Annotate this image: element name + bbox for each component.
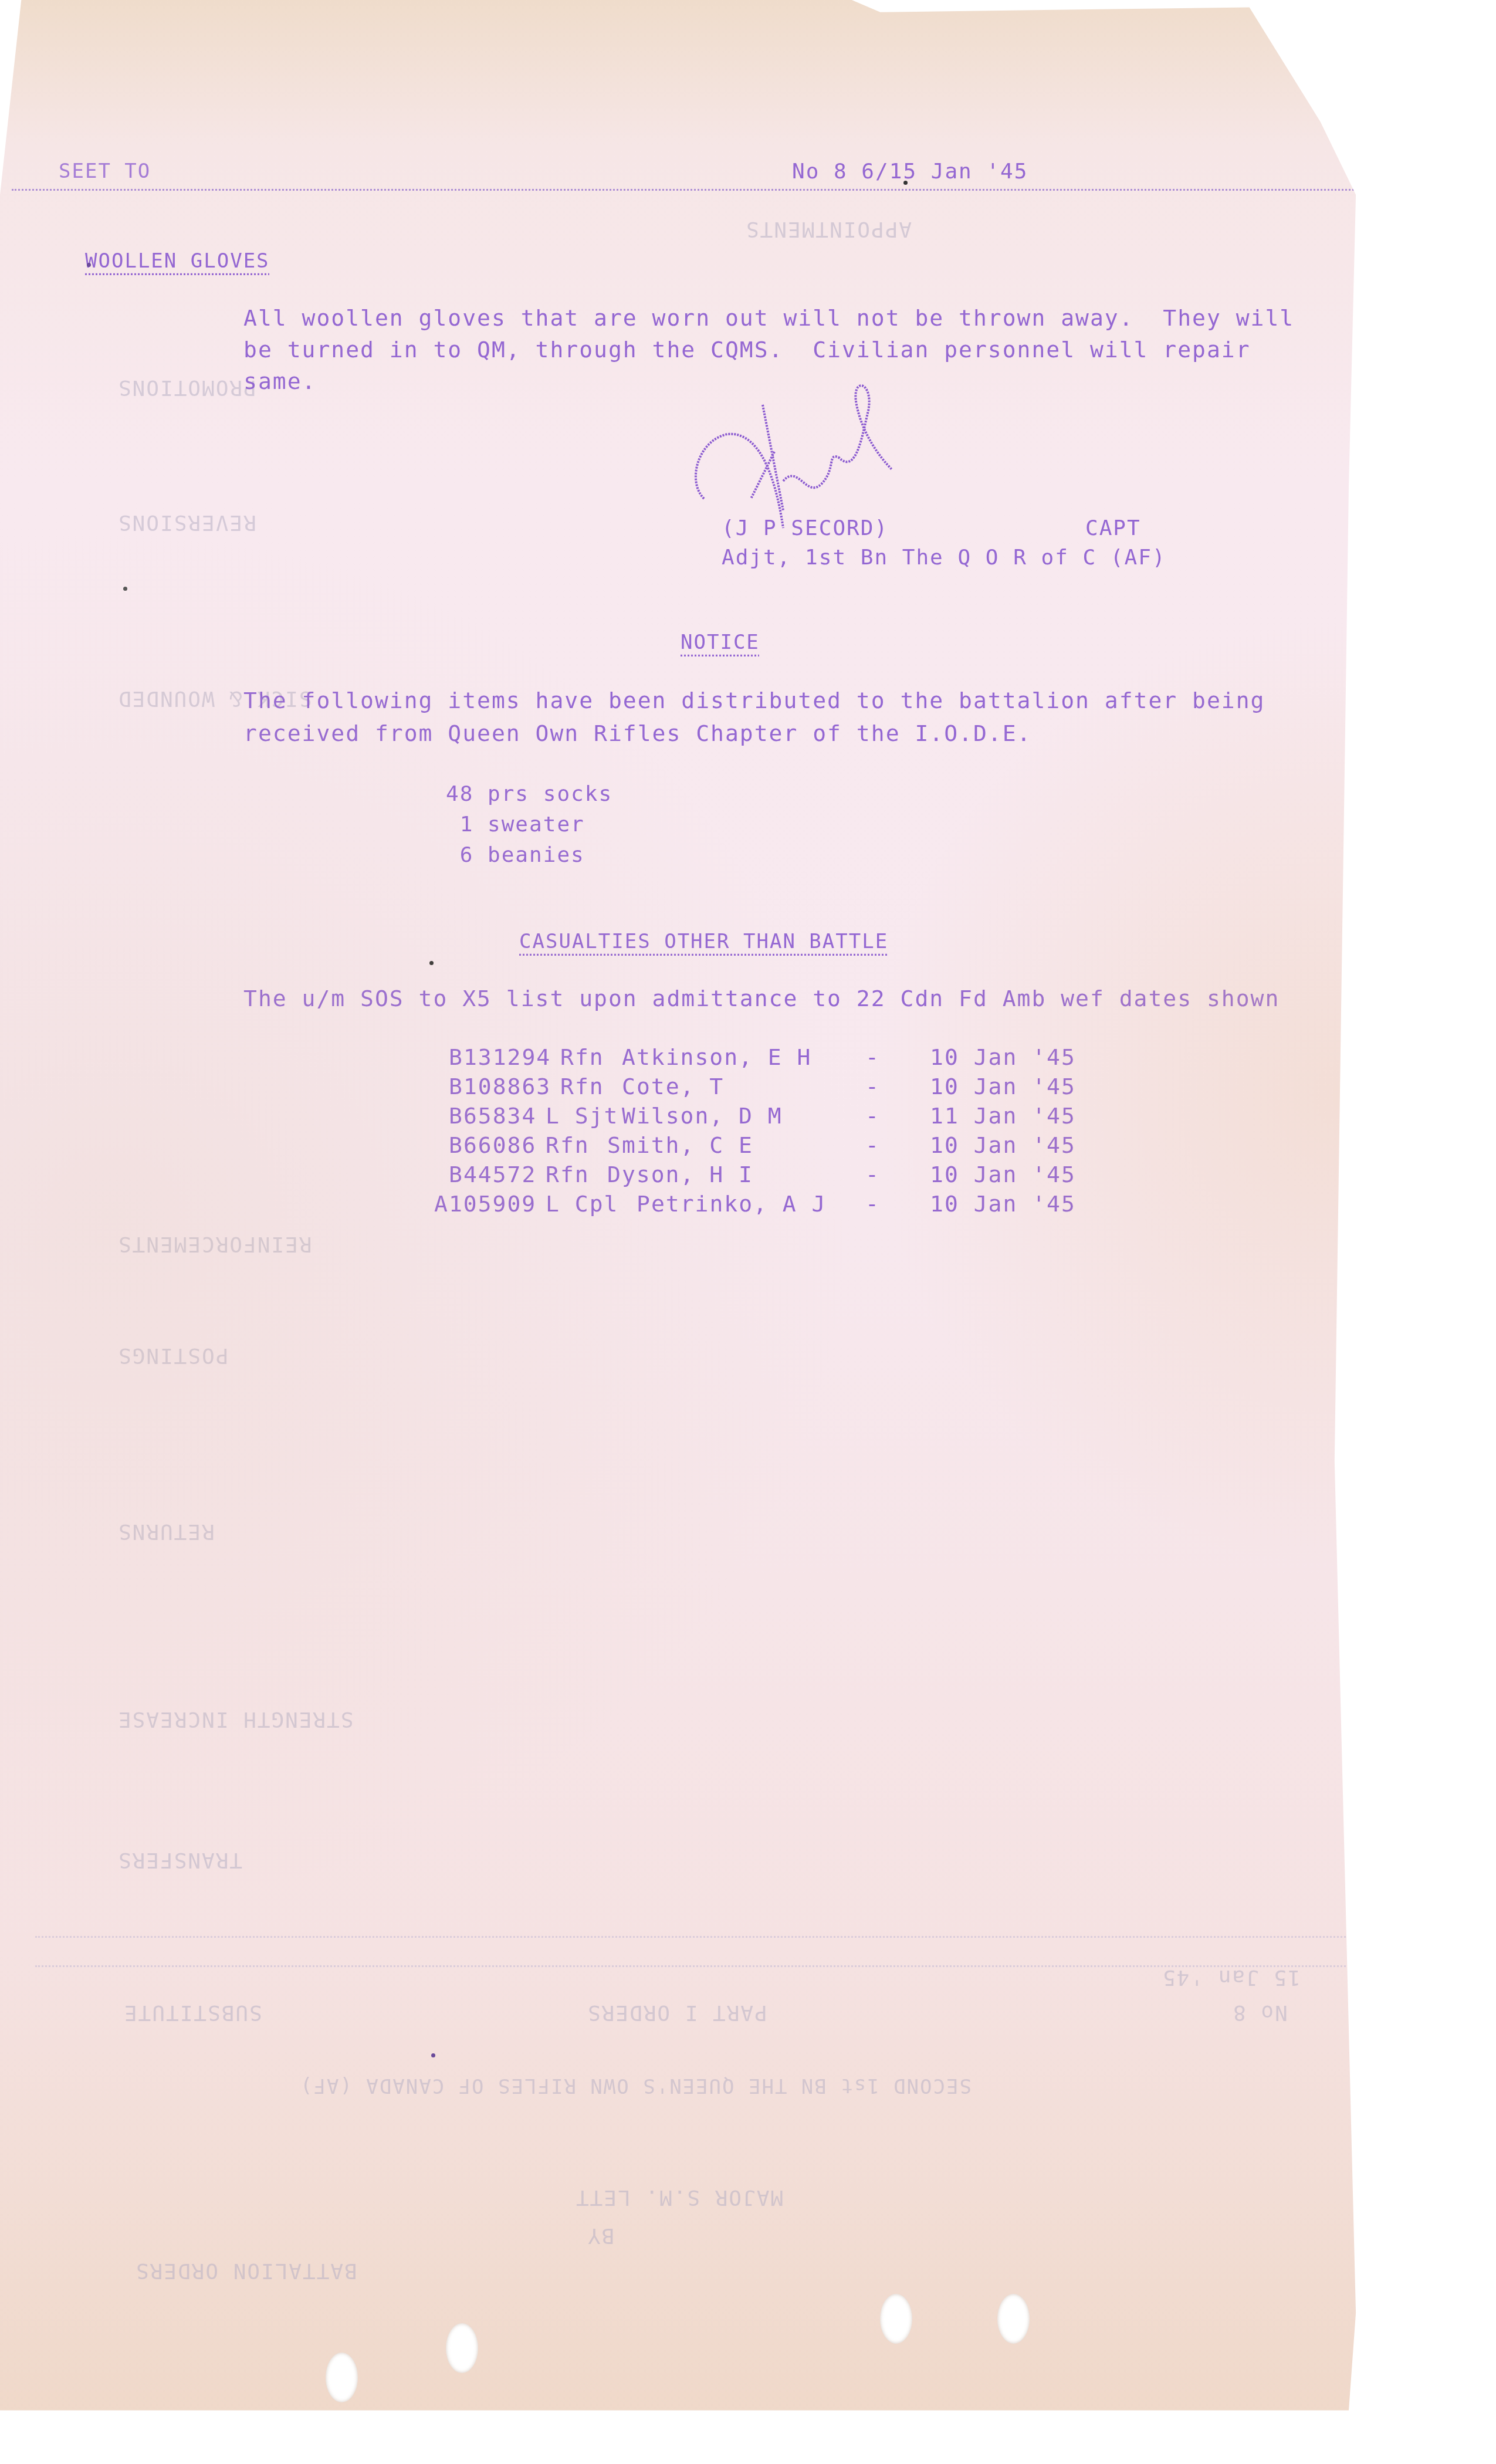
ghost-text: PART I ORDERS — [587, 2001, 767, 2025]
table-row: B44572 Rfn Dyson, H I - 10 Jan '45 — [449, 1162, 1123, 1191]
dash: - — [865, 1162, 880, 1187]
ghost-text: SECOND 1st BN THE QUEEN'S OWN RIFLES OF … — [299, 2074, 972, 2097]
ghost-text: PROMOTIONS — [117, 375, 256, 400]
woollen-gloves-line-3: same. — [243, 368, 316, 394]
ghost-text: APPOINTMENTS — [745, 217, 912, 241]
section-heading-notice: NOTICE — [681, 631, 760, 654]
header-divider — [12, 189, 1361, 191]
service-number: B65834 — [449, 1103, 536, 1129]
table-row: B131294 Rfn Atkinson, E H - 10 Jan '45 — [449, 1044, 1123, 1074]
woollen-gloves-line-2: be turned in to QM, through the CQMS. Ci… — [243, 337, 1251, 363]
ghost-text: STRENGTH INCREASE — [117, 1707, 353, 1731]
date: 10 Jan '45 — [930, 1162, 1076, 1187]
ghost-text: MAJOR S.M. LETT — [575, 2185, 783, 2209]
table-row: B108863 Rfn Cote, T - 10 Jan '45 — [449, 1074, 1123, 1103]
signature-scrawl-icon — [681, 364, 1009, 540]
soldier-name: Wilson, D M — [622, 1103, 783, 1129]
punch-hole — [997, 2294, 1030, 2344]
date: 10 Jan '45 — [930, 1044, 1076, 1070]
rank: Rfn — [560, 1044, 604, 1070]
document-sheet: BATTALION ORDERS BY MAJOR S.M. LETT SECO… — [0, 0, 1420, 2435]
ghost-text: No 8 — [1232, 2001, 1288, 2025]
rank: L Cpl — [546, 1191, 618, 1217]
rank: L Sjt — [546, 1103, 618, 1129]
punch-hole — [326, 2353, 358, 2402]
table-row: B65834 L Sjt Wilson, D M - 11 Jan '45 — [449, 1103, 1123, 1132]
soldier-name: Petrinko, A J — [637, 1191, 826, 1217]
soldier-name: Smith, C E — [607, 1132, 753, 1158]
ghost-text: REVERSIONS — [117, 510, 256, 534]
header-left-ref: SEET TO — [59, 160, 151, 183]
ink-speck — [123, 587, 127, 591]
ghost-text: TRANSFERS — [117, 1848, 242, 1872]
ghost-text: BY — [587, 2223, 614, 2248]
dash: - — [865, 1044, 880, 1070]
service-number: B66086 — [449, 1132, 536, 1158]
date: 10 Jan '45 — [930, 1074, 1076, 1099]
rank: Rfn — [546, 1132, 590, 1158]
notice-line-2: received from Queen Own Rifles Chapter o… — [243, 720, 1031, 746]
ghost-text: REINFORCEMENTS — [117, 1232, 312, 1256]
soldier-name: Dyson, H I — [607, 1162, 753, 1187]
signatory-rank: CAPT — [1085, 516, 1141, 540]
ink-speck — [431, 2053, 435, 2057]
ink-speck — [429, 961, 434, 965]
ghost-text: RETURNS — [117, 1519, 215, 1544]
ghost-divider — [35, 1965, 1402, 1967]
signatory-title: Adjt, 1st Bn The Q O R of C (AF) — [722, 546, 1166, 570]
soldier-name: Atkinson, E H — [622, 1044, 811, 1070]
notice-item: 48 prs socks — [446, 782, 612, 806]
date: 10 Jan '45 — [930, 1191, 1076, 1217]
date: 10 Jan '45 — [930, 1132, 1076, 1158]
dash: - — [865, 1103, 880, 1129]
notice-line-1: The following items have been distribute… — [243, 688, 1265, 713]
ghost-text: SUBSTITUTE — [123, 2001, 262, 2025]
dash: - — [865, 1074, 880, 1099]
notice-item: 1 sweater — [446, 813, 585, 837]
casualties-list: B131294 Rfn Atkinson, E H - 10 Jan '45 B… — [449, 1044, 1123, 1220]
ink-speck — [903, 181, 908, 185]
table-row: A105909 L Cpl Petrinko, A J - 10 Jan '45 — [449, 1191, 1123, 1220]
woollen-gloves-line-1: All woollen gloves that are worn out wil… — [243, 305, 1294, 331]
ghost-divider — [35, 1936, 1402, 1938]
dash: - — [865, 1132, 880, 1158]
soldier-name: Cote, T — [622, 1074, 724, 1099]
ink-speck — [87, 263, 91, 267]
ghost-text: BATTALION ORDERS — [135, 2259, 357, 2283]
section-heading-woollen-gloves: WOOLLEN GLOVES — [85, 249, 270, 273]
service-number: B108863 — [449, 1074, 551, 1099]
punch-hole — [446, 2323, 478, 2373]
casualties-intro: The u/m SOS to X5 list upon admittance t… — [243, 986, 1280, 1011]
dash: - — [865, 1191, 880, 1217]
section-heading-casualties: CASUALTIES OTHER THAN BATTLE — [519, 930, 888, 953]
service-number: B131294 — [449, 1044, 551, 1070]
signatory-name: (J P SECORD) — [722, 516, 888, 540]
ghost-text: 15 Jan '45 — [1162, 1965, 1301, 1989]
rank: Rfn — [546, 1162, 590, 1187]
table-row: B66086 Rfn Smith, C E - 10 Jan '45 — [449, 1132, 1123, 1162]
ghost-text: POSTINGS — [117, 1343, 228, 1368]
notice-item: 6 beanies — [446, 843, 585, 867]
date: 11 Jan '45 — [930, 1103, 1076, 1129]
punch-hole — [880, 2294, 912, 2344]
rank: Rfn — [560, 1074, 604, 1099]
service-number: A105909 — [434, 1191, 536, 1217]
order-reference: No 8 6/15 Jan '45 — [792, 160, 1028, 184]
service-number: B44572 — [449, 1162, 536, 1187]
